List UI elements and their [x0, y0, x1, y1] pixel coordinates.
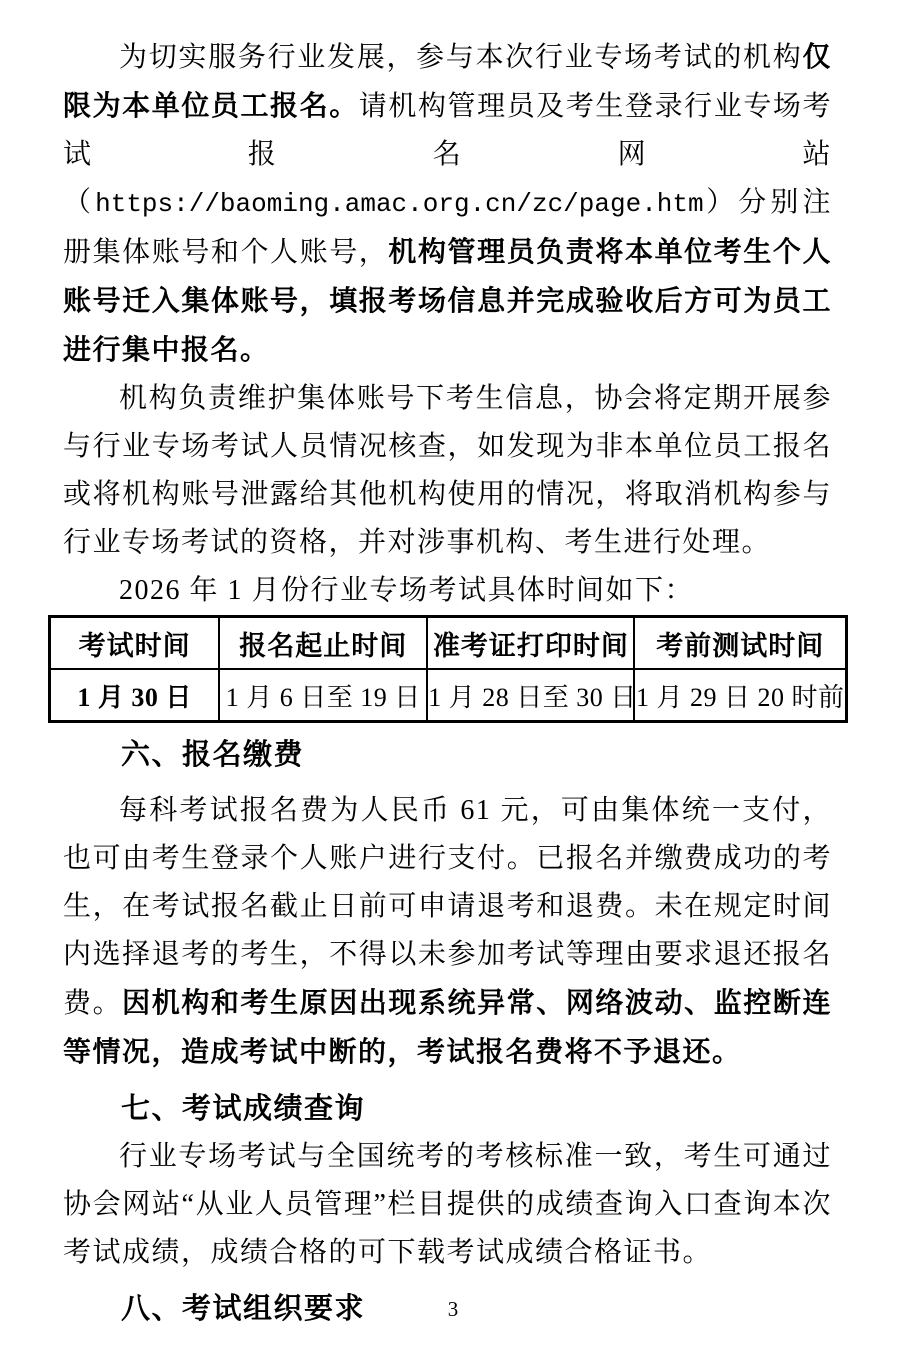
paragraph-schedule-intro: 2026 年 1 月份行业专场考试具体时间如下： — [63, 567, 832, 615]
text-run: 行业专场考试与全国统考的考核标准一致，考生可通过协会网站“从业人员管理”栏目提供… — [63, 1141, 832, 1268]
text-run: 2026 年 1 月份行业专场考试具体时间如下： — [119, 575, 694, 606]
paragraph-account-audit: 机构负责维护集体账号下考生信息，协会将定期开展参与行业专场考试人员情况核查，如发… — [63, 375, 832, 567]
url-text-run: https://baoming.amac.org.cn/zc/page.htm — [95, 189, 704, 219]
document-page: 为切实服务行业发展，参与本次行业专场考试的机构仅限为本单位员工报名。请机构管理员… — [0, 0, 906, 1353]
cell-pretest-time: 1 月 29 日 20 时前 — [634, 669, 846, 722]
text-run: 每科考试报名费为人民币 61 元，可由集体统一支付，也可由考生登录个人账户进行支… — [63, 795, 832, 1019]
header-pretest-time: 考前测试时间 — [634, 617, 846, 670]
section-heading-6-payment: 六、报名缴费 — [63, 731, 832, 779]
exam-schedule-table: 考试时间 报名起止时间 准考证打印时间 考前测试时间 1 月 30 日 1 月 … — [48, 615, 848, 723]
text-run: 机构负责维护集体账号下考生信息，协会将定期开展参与行业专场考试人员情况核查，如发… — [63, 383, 832, 558]
header-ticket-print-time: 准考证打印时间 — [427, 617, 634, 670]
bold-text-run: 因机构和考生原因出现系统异常、网络波动、监控断连等情况，造成考试中断的，考试报名… — [63, 987, 832, 1067]
table-data-row: 1 月 30 日 1 月 6 日至 19 日 1 月 28 日至 30 日 1 … — [50, 669, 847, 722]
page-number: 3 — [0, 1294, 906, 1324]
text-run: 为切实服务行业发展，参与本次行业专场考试的机构 — [119, 42, 802, 73]
paragraph-registration-rules: 为切实服务行业发展，参与本次行业专场考试的机构仅限为本单位员工报名。请机构管理员… — [63, 33, 832, 375]
paragraph-score-query: 行业专场考试与全国统考的考核标准一致，考生可通过协会网站“从业人员管理”栏目提供… — [63, 1133, 832, 1277]
paragraph-payment-refund: 每科考试报名费为人民币 61 元，可由集体统一支付，也可由考生登录个人账户进行支… — [63, 787, 832, 1077]
document-body: 为切实服务行业发展，参与本次行业专场考试的机构仅限为本单位员工报名。请机构管理员… — [63, 33, 832, 1333]
cell-exam-time: 1 月 30 日 — [50, 669, 220, 722]
cell-ticket-print-time: 1 月 28 日至 30 日 — [427, 669, 634, 722]
table-header-row: 考试时间 报名起止时间 准考证打印时间 考前测试时间 — [50, 617, 847, 670]
header-registration-period: 报名起止时间 — [219, 617, 427, 670]
section-heading-7-score-query: 七、考试成绩查询 — [63, 1085, 832, 1133]
cell-registration-period: 1 月 6 日至 19 日 — [219, 669, 427, 722]
header-exam-time: 考试时间 — [50, 617, 220, 670]
